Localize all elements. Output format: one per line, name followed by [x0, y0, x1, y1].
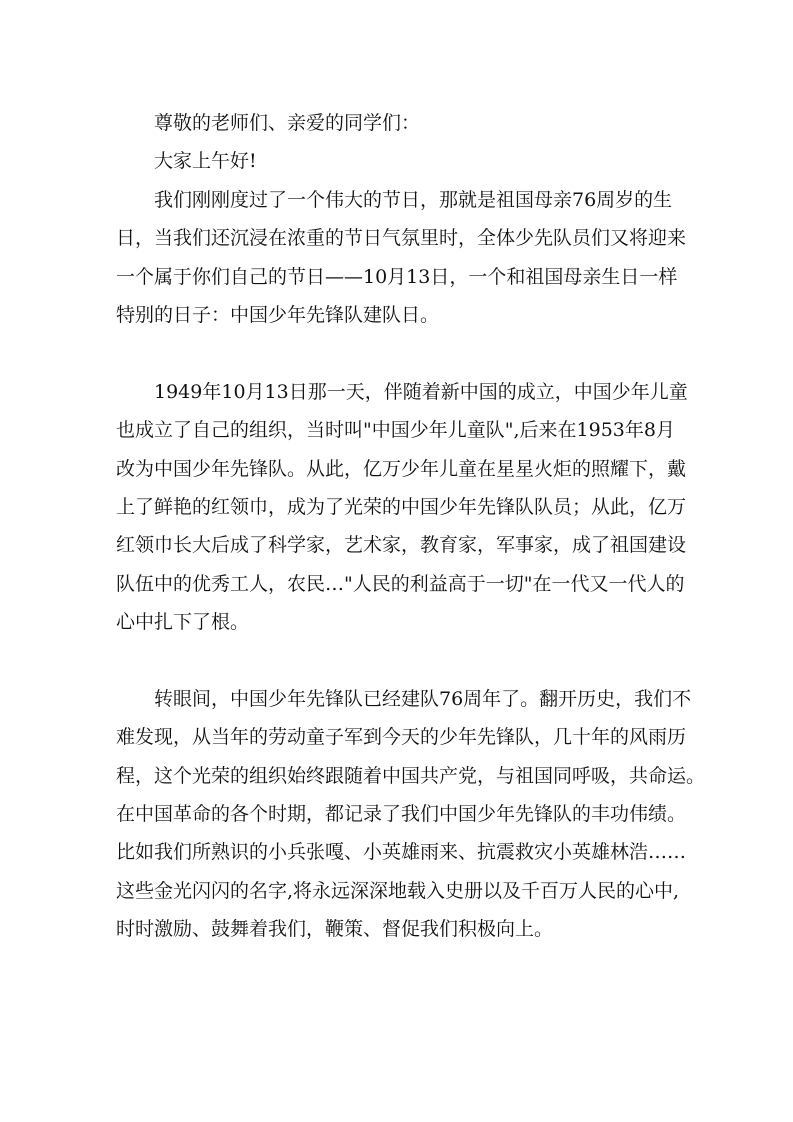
paragraph-line: 比如我们所熟识的小兵张嘎、小英雄雨来、抗震救灾小英雄林浩…… — [116, 833, 686, 871]
blank-line — [116, 334, 686, 372]
paragraph-line: 转眼间，中国少年先锋队已经建队76周年了。翻开历史，我们不 — [116, 680, 686, 718]
salutation: 大家上午好! — [116, 142, 686, 180]
paragraph-line: 时时激励、鼓舞着我们，鞭策、督促我们积极向上。 — [116, 910, 686, 948]
blank-line — [116, 641, 686, 679]
paragraph-3: 转眼间，中国少年先锋队已经建队76周年了。翻开历史，我们不 难发现，从当年的劳动… — [116, 680, 686, 949]
paragraph-line: 难发现，从当年的劳动童子军到今天的少年先锋队，几十年的风雨历 — [116, 718, 686, 756]
paragraph-line: 一个属于你们自己的节日——10月13日，一个和祖国母亲生日一样 — [116, 258, 686, 296]
speech-text: 尊敬的老师们、亲爱的同学们： 大家上午好! 我们刚刚度过了一个伟大的节日，那就是… — [116, 104, 686, 949]
paragraph-line: 上了鲜艳的红领巾，成为了光荣的中国少年先锋队队员；从此，亿万 — [116, 488, 686, 526]
paragraph-line: 红领巾长大后成了科学家，艺术家，教育家，军事家，成了祖国建设 — [116, 526, 686, 564]
paragraph-line: 心中扎下了根。 — [116, 603, 686, 641]
paragraph-line: 日，当我们还沉浸在浓重的节日气氛里时，全体少先队员们又将迎来 — [116, 219, 686, 257]
paragraph-line: 这些金光闪闪的名字,将永远深深地载入史册以及千百万人民的心中, — [116, 872, 686, 910]
paragraph-line: 队伍中的优秀工人，农民…"人民的利益高于一切"在一代又一代人的 — [116, 565, 686, 603]
document-page: 尊敬的老师们、亲爱的同学们： 大家上午好! 我们刚刚度过了一个伟大的节日，那就是… — [0, 0, 793, 1122]
paragraph-line: 特别的日子：中国少年先锋队建队日。 — [116, 296, 686, 334]
paragraph-line: 1949年10月13日那一天，伴随着新中国的成立，中国少年儿童 — [116, 373, 686, 411]
paragraph-1: 我们刚刚度过了一个伟大的节日，那就是祖国母亲76周岁的生 日，当我们还沉浸在浓重… — [116, 181, 686, 335]
greeting: 尊敬的老师们、亲爱的同学们： — [116, 104, 686, 142]
paragraph-line: 也成立了自己的组织，当时叫"中国少年儿童队",后来在1953年8月 — [116, 411, 686, 449]
paragraph-line: 在中国革命的各个时期，都记录了我们中国少年先锋队的丰功伟绩。 — [116, 795, 686, 833]
paragraph-line: 程，这个光荣的组织始终跟随着中国共产党，与祖国同呼吸，共命运。 — [116, 757, 686, 795]
paragraph-line: 我们刚刚度过了一个伟大的节日，那就是祖国母亲76周岁的生 — [116, 181, 686, 219]
paragraph-line: 改为中国少年先锋队。从此，亿万少年儿童在星星火炬的照耀下，戴 — [116, 450, 686, 488]
paragraph-2: 1949年10月13日那一天，伴随着新中国的成立，中国少年儿童 也成立了自己的组… — [116, 373, 686, 642]
